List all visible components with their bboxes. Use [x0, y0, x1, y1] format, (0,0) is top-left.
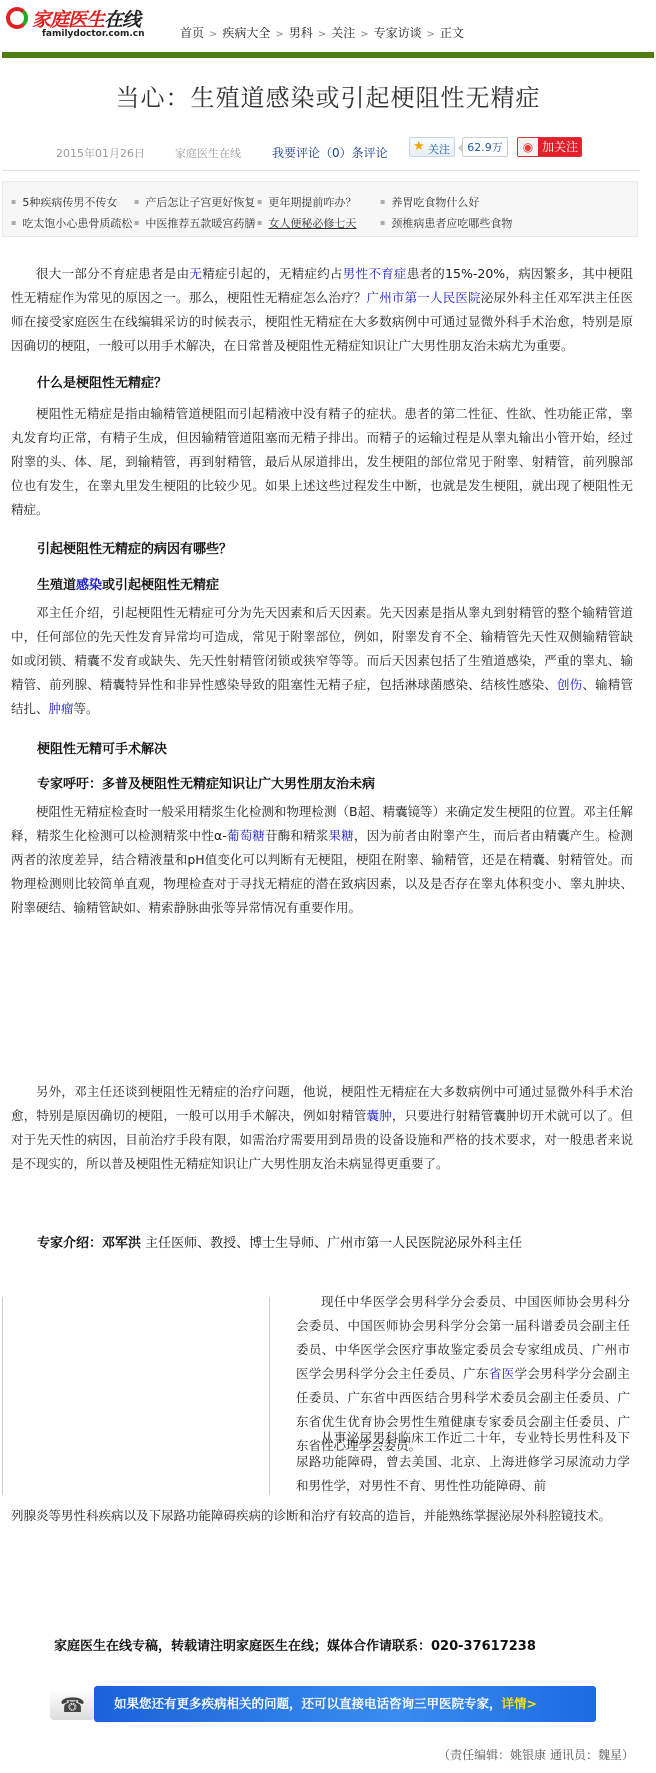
section-heading: 引起梗阻性无精症的病因有哪些？	[37, 538, 232, 557]
breadcrumb-current: 正文	[440, 26, 464, 40]
section-heading: 什么是梗阻性无精症？	[37, 372, 167, 391]
qzone-follow-button[interactable]: ★ 关注	[409, 137, 455, 157]
breadcrumb: 首页>疾病大全>男科>关注>专家访谈>正文	[180, 24, 464, 41]
expert-photo	[2, 1297, 270, 1495]
related-link[interactable]: 产后怎让子宫更好恢复	[134, 194, 255, 210]
expert-bio-continued: 列腺炎等男性科疾病以及下尿路功能障碍疾病的诊断和治疗有较高的造旨，并能熟练掌握泌…	[11, 1504, 633, 1528]
related-links: 5种疾病传男不传女 产后怎让子宫更好恢复 更年期提前咋办？ 养胃吃食物什么好 吃…	[2, 181, 638, 237]
keyword-link[interactable]: 省医	[489, 1366, 515, 1381]
weibo-icon: ◉	[518, 138, 538, 156]
expert-bio: 从事泌尿男科临床工作近二十年，专业特长男性科及下尿路功能障碍，曾去美国、北京、上…	[296, 1426, 630, 1498]
weibo-follow-button[interactable]: ◉ 加关注	[517, 137, 582, 157]
section-heading: 梗阻性无精可手术解决	[37, 738, 167, 757]
keyword-link[interactable]: 创伤	[557, 677, 582, 692]
related-link[interactable]: 吃太饱小心患骨质疏松	[11, 215, 132, 231]
telephone-icon: ☎	[50, 1690, 95, 1720]
related-link[interactable]: 5种疾病传男不传女	[11, 194, 117, 210]
expert-name: 专家介绍：邓军洪	[37, 1236, 141, 1251]
expert-titles: 主任医师、教授、博士生导师、广州市第一人民医院泌尿外科主任	[145, 1236, 522, 1251]
section-heading: 专家呼吁：多普及梗阻性无精症知识让广大男性朋友治未病	[37, 773, 375, 792]
breadcrumb-interviews[interactable]: 专家访谈	[374, 26, 422, 40]
breadcrumb-diseases[interactable]: 疾病大全	[222, 26, 270, 40]
keyword-link[interactable]: 无	[189, 266, 202, 281]
site-logo[interactable]: 家庭医生在线 familydoctor.com.cn	[4, 5, 154, 45]
keyword-link[interactable]: 果糖	[329, 828, 354, 843]
related-link[interactable]: 颈椎病患者应吃哪些食物	[380, 215, 512, 231]
keyword-link[interactable]: 男性不育症	[343, 266, 407, 281]
follower-count: 62.9万	[462, 137, 508, 157]
paragraph: 邓主任介绍，引起梗阻性无精症可分为先天因素和后天因素。先天因素是指从睾丸到射精管…	[11, 601, 633, 721]
editor-credit: （责任编辑：姚银康 通讯员：魏星）	[438, 1746, 634, 1763]
details-link[interactable]: 详情>	[502, 1696, 537, 1711]
related-link[interactable]: 女人便秘必修七天	[257, 215, 356, 231]
chevron-right-icon: >	[360, 29, 368, 40]
stethoscope-icon	[6, 7, 28, 29]
breadcrumb-andrology[interactable]: 男科	[289, 26, 313, 40]
page-title: 当心：生殖道感染或引起梗阻性无精症	[0, 78, 656, 113]
chevron-right-icon: >	[427, 29, 435, 40]
breadcrumb-focus[interactable]: 关注	[331, 26, 355, 40]
keyword-link[interactable]: 葡萄糖	[227, 828, 265, 843]
site-header: 家庭医生在线 familydoctor.com.cn 首页>疾病大全>男科>关注…	[0, 0, 656, 46]
paragraph: 很大一部分不育症患者是由无精症引起的，无精症约占男性不育症患者的15%-20%，…	[11, 262, 633, 358]
related-link[interactable]: 更年期提前咋办？	[257, 194, 356, 210]
article-source: 家庭医生在线	[175, 145, 241, 161]
banner-text: 如果您还有更多疾病相关的问题，还可以直接电话咨询三甲医院专家，	[114, 1696, 502, 1711]
keyword-link[interactable]: 囊肿	[367, 1108, 392, 1123]
related-link[interactable]: 养胃吃食物什么好	[380, 194, 479, 210]
logo-text-black: 在线	[104, 9, 140, 31]
chevron-right-icon: >	[318, 29, 326, 40]
logo-domain: familydoctor.com.cn	[42, 29, 144, 39]
consult-banner[interactable]: ☎ 如果您还有更多疾病相关的问题，还可以直接电话咨询三甲医院专家，详情>	[50, 1686, 596, 1722]
star-icon: ★	[413, 139, 425, 154]
chevron-right-icon: >	[275, 29, 283, 40]
expert-intro: 专家介绍：邓军洪 主任医师、教授、博士生导师、广州市第一人民医院泌尿外科主任	[37, 1232, 522, 1251]
divider	[2, 170, 640, 171]
paragraph: 另外，邓主任还谈到梗阻性无精症的治疗问题，他说，梗阻性无精症在大多数病例中可通过…	[11, 1080, 633, 1176]
keyword-link[interactable]: 肿瘤	[49, 701, 74, 716]
related-link[interactable]: 中医推荐五款暖宫药膳	[134, 215, 255, 231]
keyword-link[interactable]: 感染	[76, 578, 102, 593]
logo-text-red: 家庭医生	[32, 9, 104, 31]
paragraph: 梗阻性无精症是指由输精管道梗阻而引起精液中没有精子的症状。患者的第二性征、性欲、…	[11, 402, 633, 522]
header-divider	[2, 52, 654, 58]
comment-link[interactable]: 我要评论（0）条评论	[272, 144, 388, 161]
copyright-notice: 家庭医生在线专稿，转载请注明家庭医生在线；媒体合作请联系：020-3761723…	[54, 1635, 536, 1654]
publish-date: 2015年01月26日	[56, 145, 145, 161]
breadcrumb-home[interactable]: 首页	[180, 26, 204, 40]
paragraph: 梗阻性无精症检查时一般采用精浆生化检测和物理检测（B超、精囊镜等）来确定发生梗阻…	[11, 800, 633, 920]
chevron-right-icon: >	[209, 29, 217, 40]
hospital-link[interactable]: 广州市第一人民医院	[367, 290, 481, 305]
section-heading: 生殖道感染或引起梗阻性无精症	[37, 574, 219, 593]
